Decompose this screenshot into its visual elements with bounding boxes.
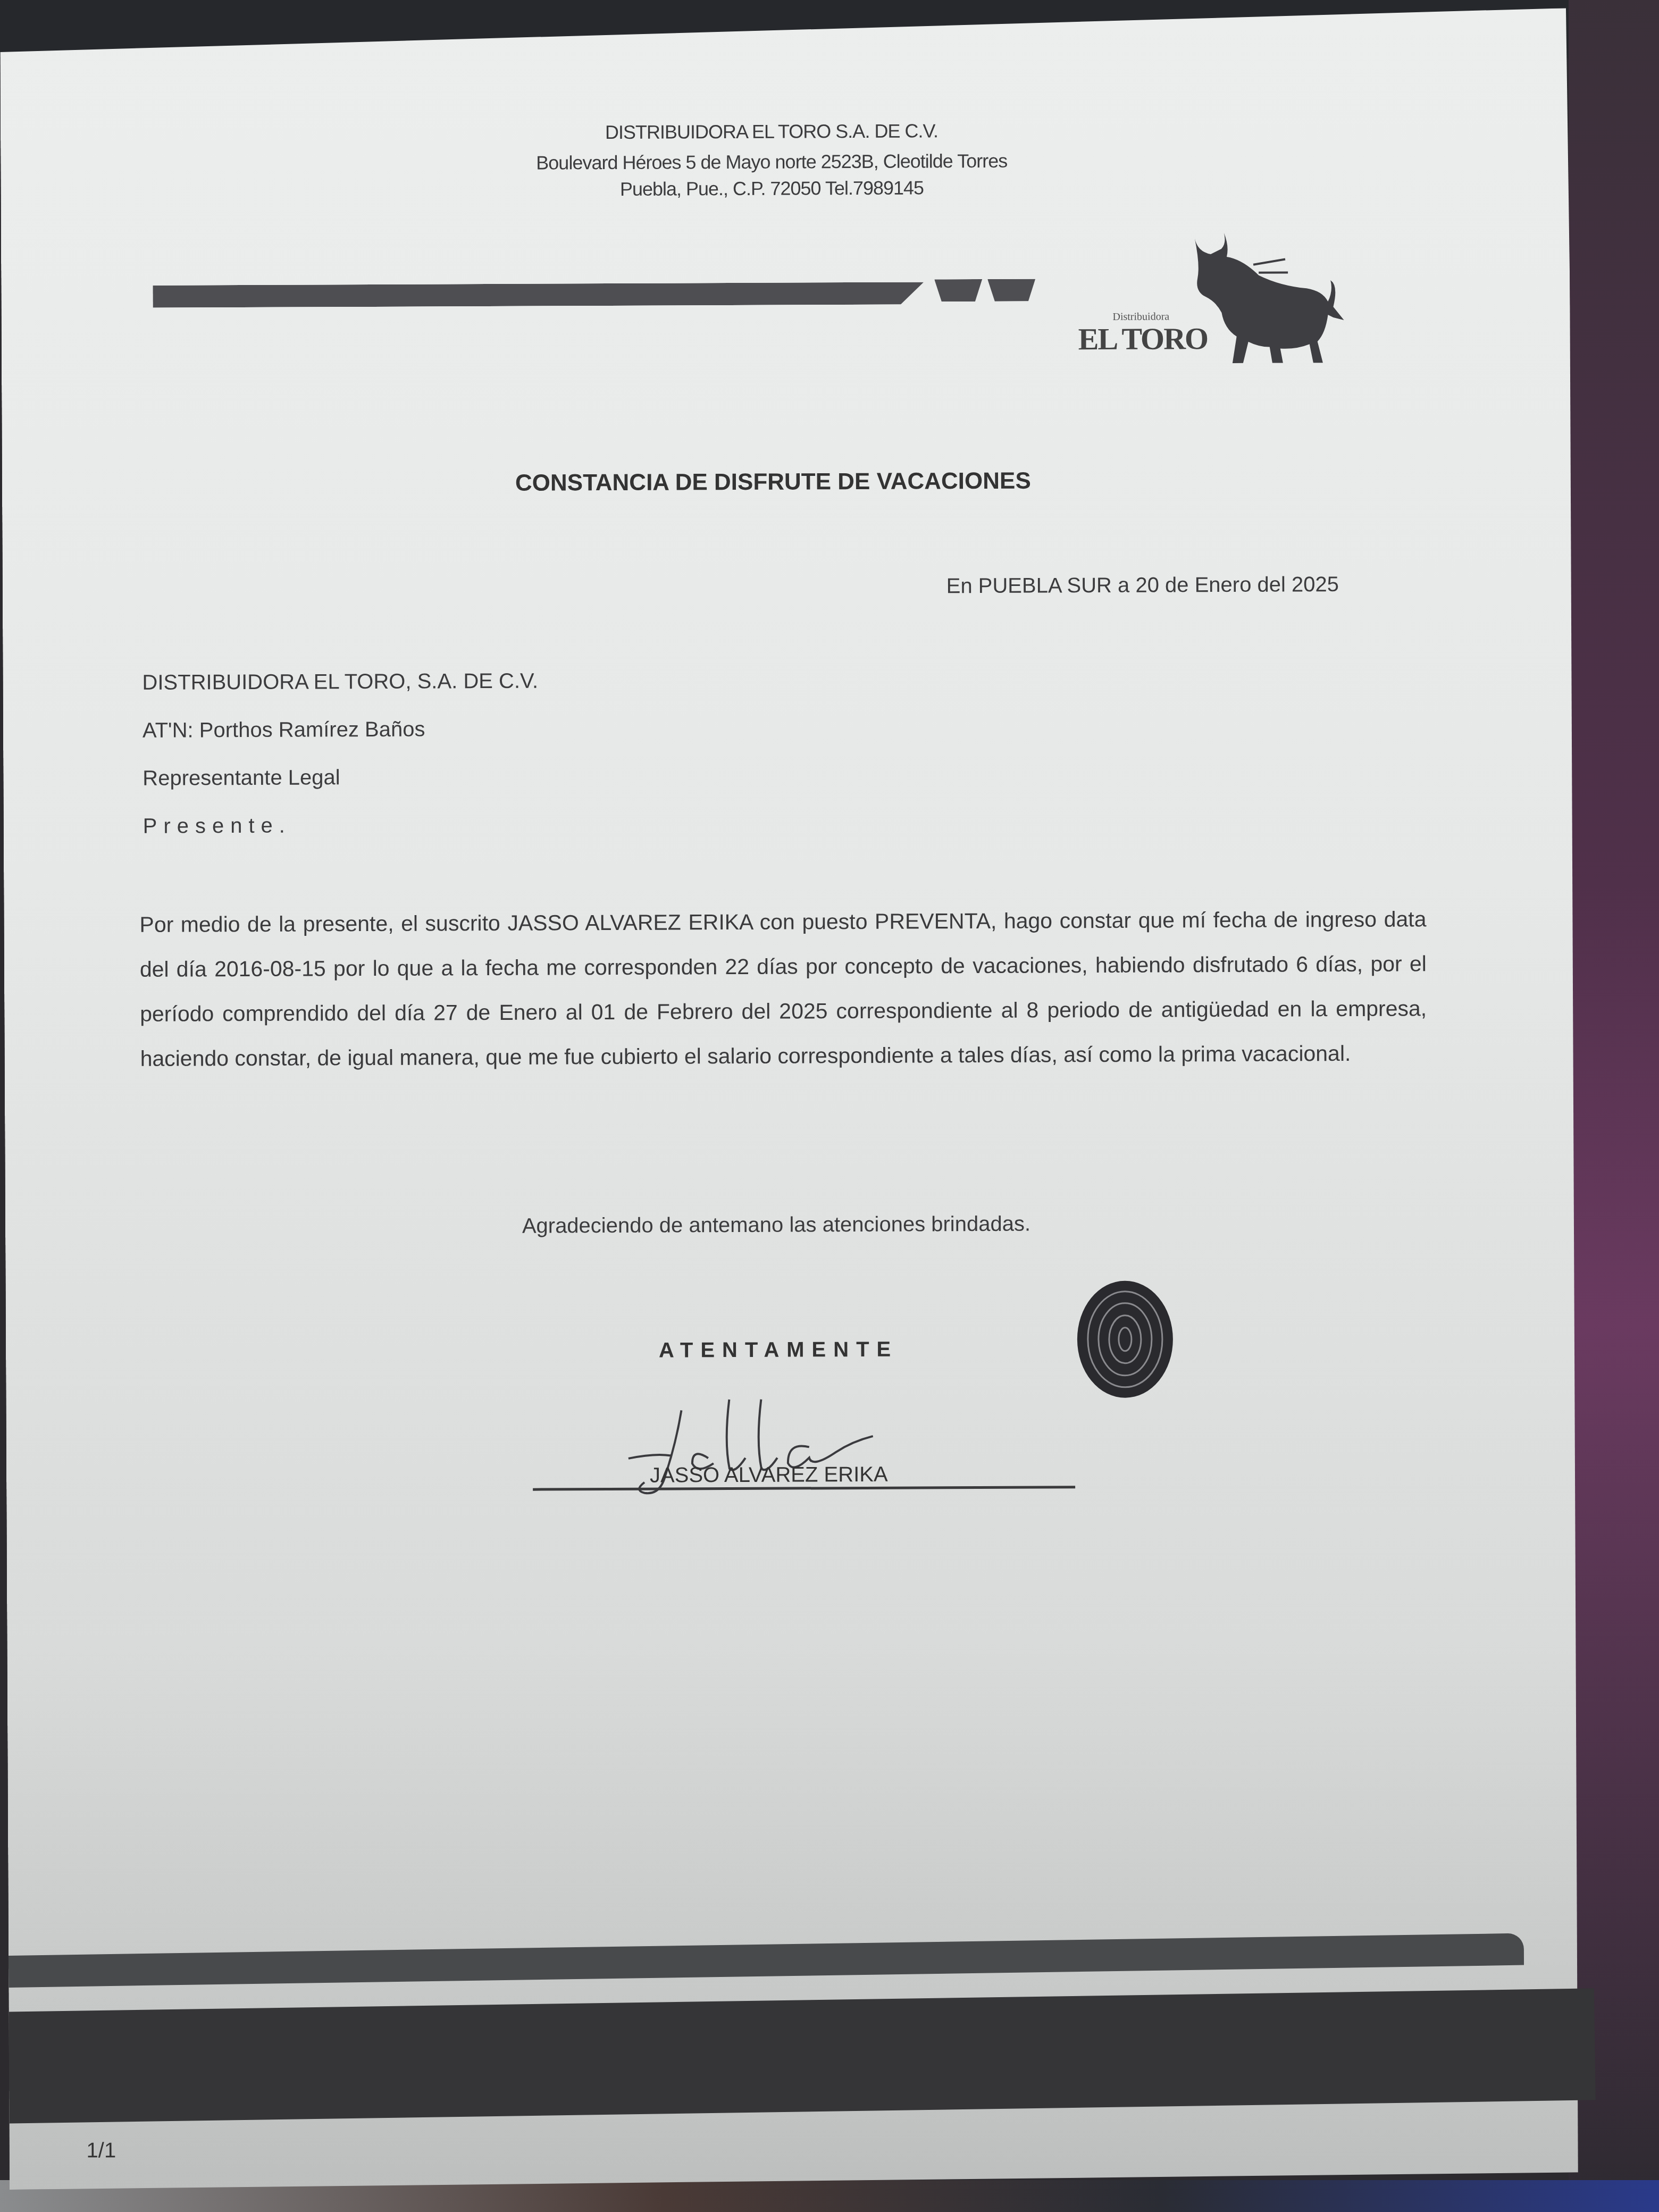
place-date: En PUEBLA SUR a 20 de Enero del 2025 [946, 573, 1339, 598]
footer-bar-thick [9, 1988, 1599, 2123]
signatory-name: JASSO ALVAREZ ERIKA [650, 1463, 888, 1488]
letterhead-address-line1: Boulevard Héroes 5 de Mayo norte 2523B, … [1, 147, 1543, 177]
header-bar [153, 282, 924, 307]
recipient-greeting: Presente. [143, 814, 291, 839]
recipient-attention: AT'N: Porthos Ramírez Baños [143, 718, 425, 743]
document-page: DISTRIBUIDORA EL TORO S.A. DE C.V. Boule… [0, 8, 1578, 2190]
logo-brand: EL TORO [1078, 321, 1208, 357]
page-number: 1/1 [86, 2139, 116, 2163]
header-chevron [987, 279, 1035, 301]
background-right [1569, 0, 1659, 2212]
letterhead-address-line2: Puebla, Pue., C.P. 72050 Tel.7989145 [1, 174, 1543, 203]
letterhead-company: DISTRIBUIDORA EL TORO S.A. DE C.V. [1, 117, 1543, 146]
footer-bar-thin [9, 1933, 1524, 1988]
fingerprint-icon [1069, 1275, 1181, 1409]
header-chevron [934, 279, 982, 301]
recipient-role: Representante Legal [143, 766, 340, 791]
company-logo: Distribuidora EL TORO [1070, 216, 1368, 377]
closing-thanks: Agradeciendo de antemano las atenciones … [5, 1210, 1547, 1241]
closing: ATENTAMENTE [659, 1338, 898, 1363]
body-paragraph: Por medio de la presente, el suscrito JA… [139, 896, 1427, 1081]
recipient-company: DISTRIBUIDORA EL TORO, S.A. DE C.V. [142, 669, 538, 695]
document-title: CONSTANCIA DE DISFRUTE DE VACACIONES [2, 465, 1544, 499]
